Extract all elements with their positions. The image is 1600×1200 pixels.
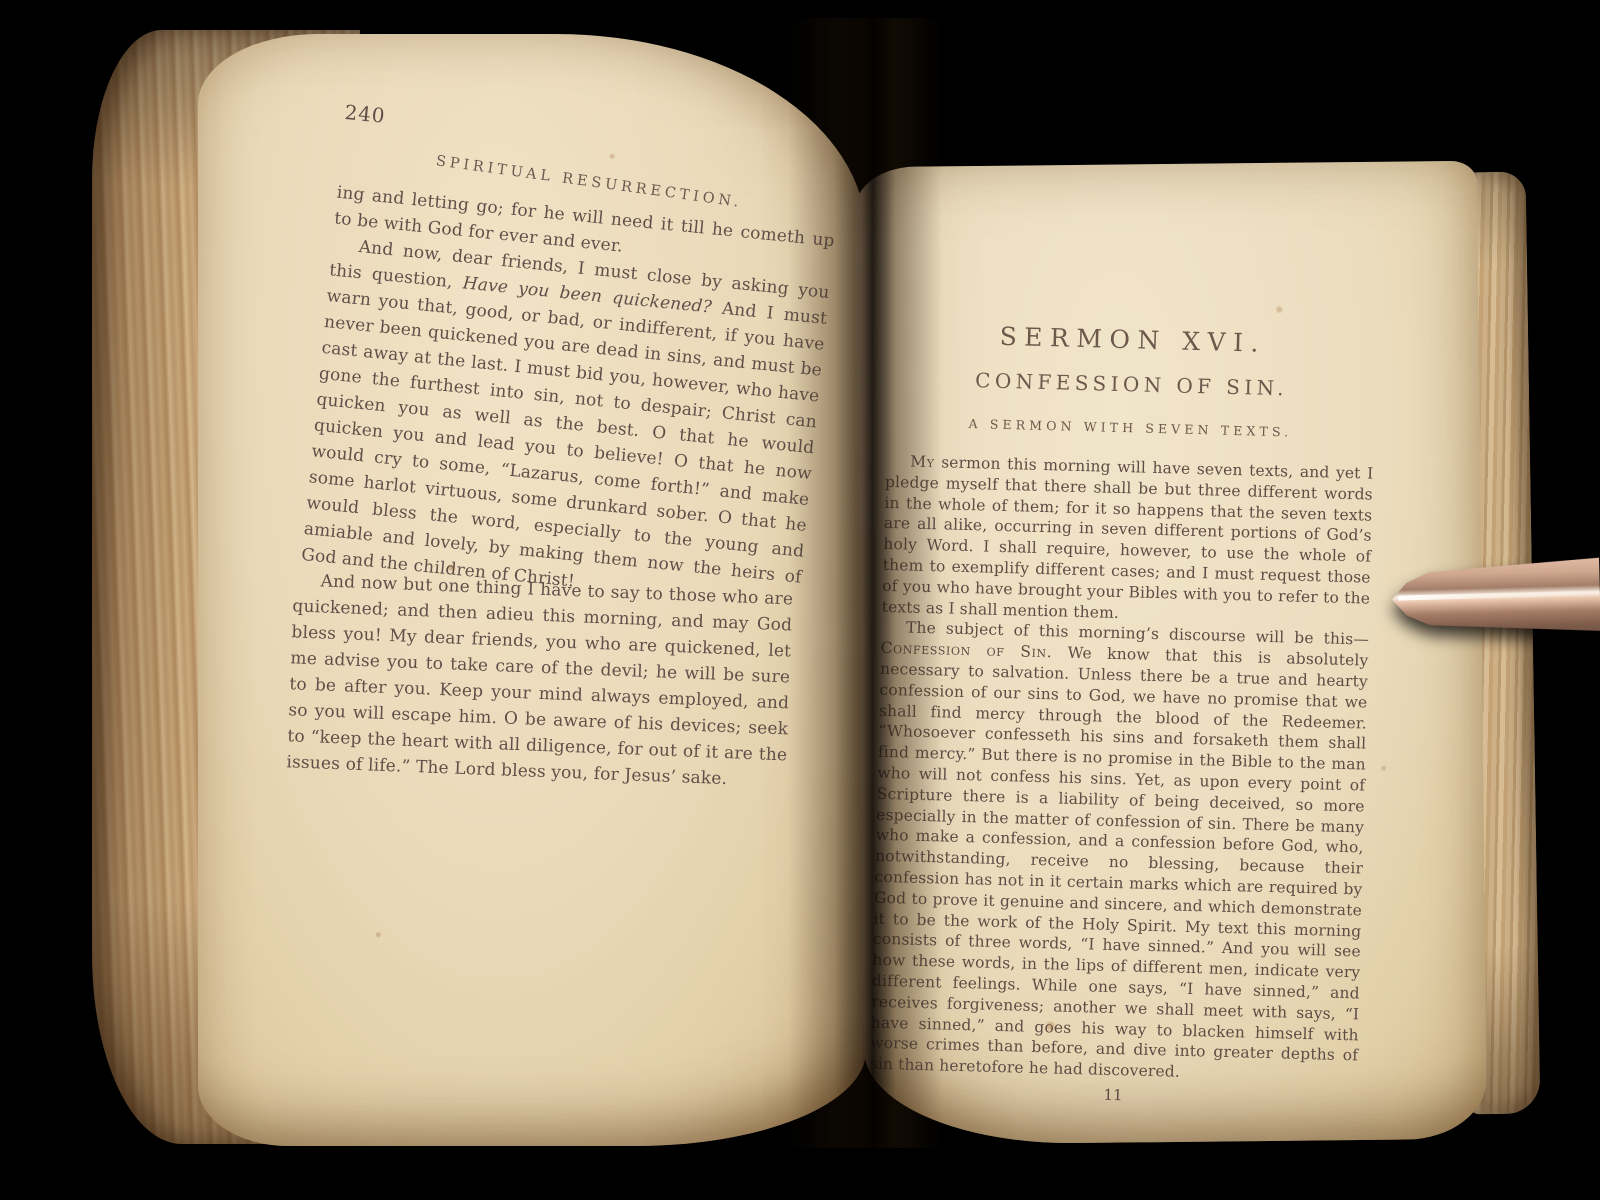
pointer-blade xyxy=(1391,555,1600,638)
left-page-content: 240 SPIRITUAL RESURRECTION. ing and lett… xyxy=(280,100,864,826)
paragraph: The subject of this morning’s discourse … xyxy=(869,617,1369,1087)
letter-opener-pointer xyxy=(1391,555,1600,638)
paragraph: And now but one thing I have to say to t… xyxy=(286,567,794,794)
paragraph: My sermon this morning will have seven t… xyxy=(881,451,1373,630)
paragraph: And now, dear friends, I must close by a… xyxy=(300,231,831,616)
right-page-content: SERMON XVI. CONFESSION OF SIN. A SERMON … xyxy=(869,285,1378,1110)
sermon-half-title: A SERMON WITH SEVEN TEXTS. xyxy=(886,414,1374,442)
right-page: SERMON XVI. CONFESSION OF SIN. A SERMON … xyxy=(855,161,1487,1145)
book-photo-scene: 240 SPIRITUAL RESURRECTION. ing and lett… xyxy=(0,0,1600,1200)
left-page-text: ing and letting go; for he will need it … xyxy=(280,180,836,824)
right-page-text: My sermon this morning will have seven t… xyxy=(869,451,1373,1087)
left-page: 240 SPIRITUAL RESURRECTION. ing and lett… xyxy=(198,34,866,1146)
sermon-number-heading: SERMON XVI. xyxy=(888,319,1377,361)
sermon-title: CONFESSION OF SIN. xyxy=(887,366,1375,403)
